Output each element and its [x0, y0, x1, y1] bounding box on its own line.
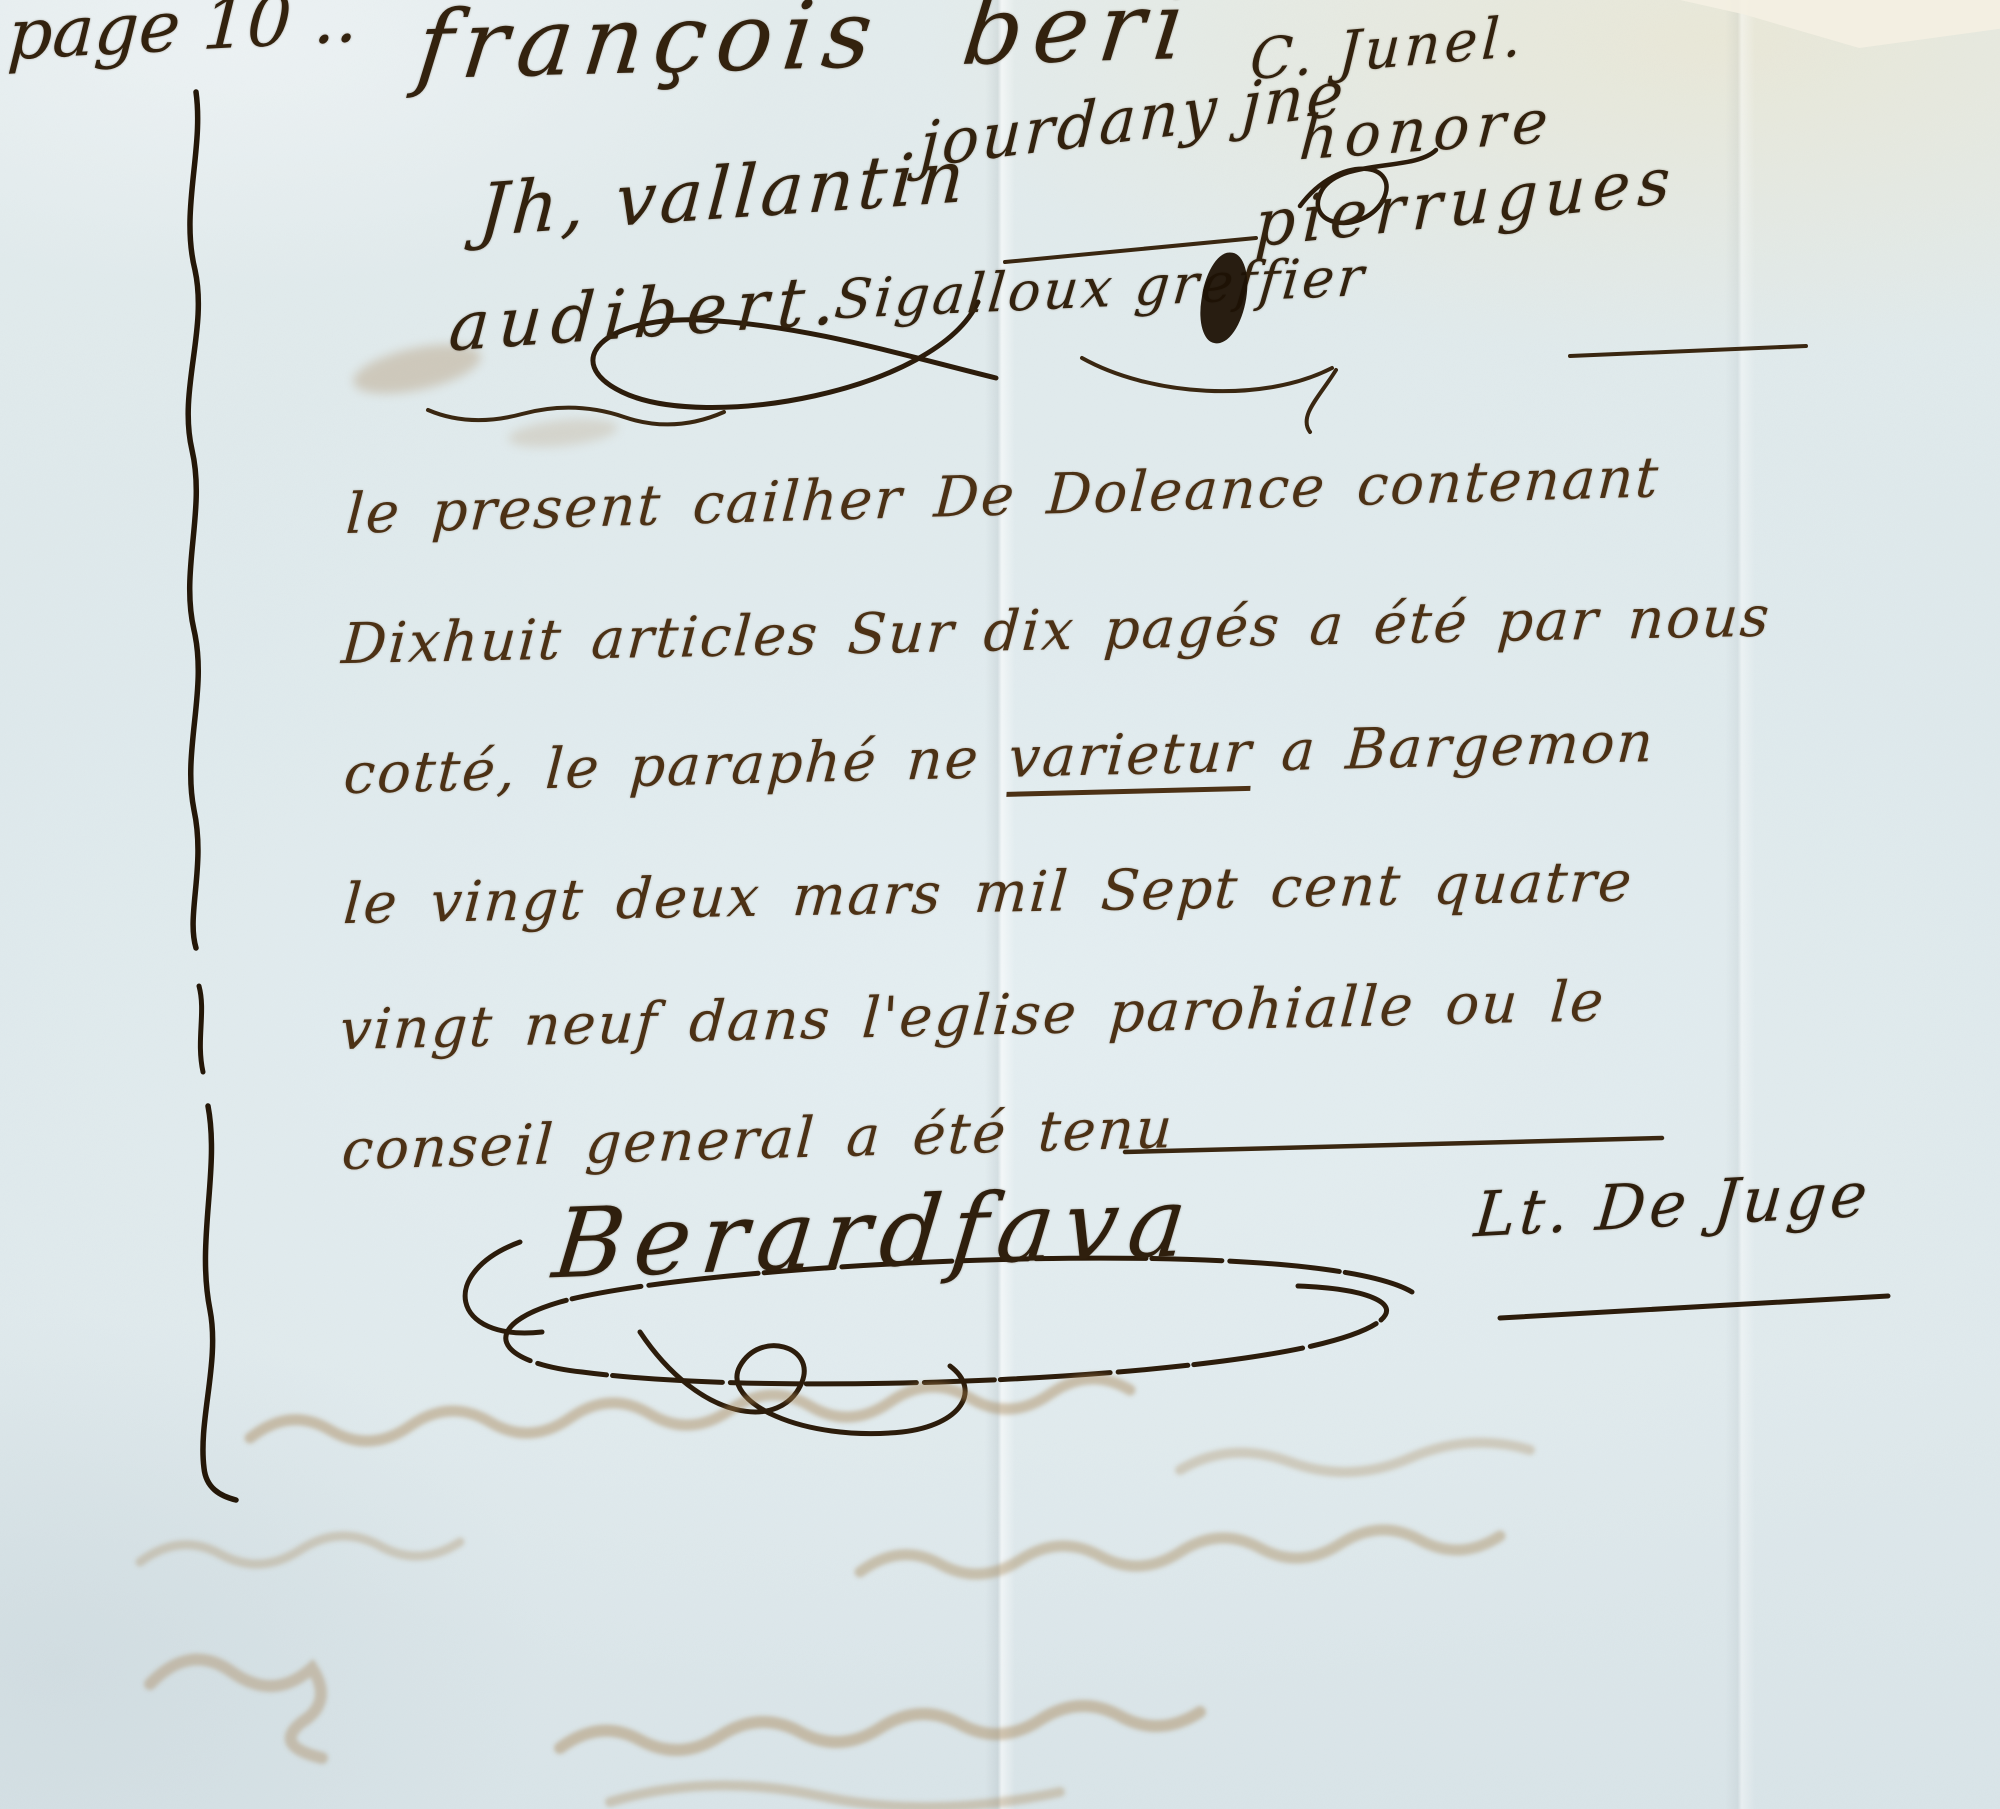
signature-sigalloux: Sigalloux greffier [832, 245, 1369, 332]
paper-crease [1725, 0, 1755, 1809]
body-line-2: Dixhuit articles Sur dix pagés a été par… [340, 585, 1774, 678]
underlined-word-varietur: varietur [1006, 720, 1255, 797]
bleedthrough-ink [140, 1379, 1530, 1807]
ink-smudge [507, 414, 619, 451]
signature-vallantin: Jh, vallantin [476, 134, 971, 253]
title-lt-de-juge: Lt. De Juge [1472, 1157, 1875, 1251]
margin-line [199, 986, 203, 1072]
body-line-3: cotté, le paraphé ne varietur a Bargemon [342, 710, 1657, 807]
body-line-3-post: a Bargemon [1251, 710, 1657, 785]
manuscript-page: page 10 .. françois beri C. Junel. Jh, v… [0, 0, 2000, 1809]
margin-line [203, 1106, 236, 1500]
signature-berardfava: Berardfava [548, 1166, 1201, 1301]
line6-rule [1125, 1138, 1662, 1152]
title-underline [1500, 1296, 1888, 1318]
torn-corner [1680, 0, 2000, 48]
signature-audibert: audibert. [446, 260, 846, 367]
body-line-1: le present cailher De Doleance contenant [344, 445, 1662, 547]
sigalloux-rule [1570, 346, 1806, 356]
body-line-3-pre: cotté, le paraphé ne [342, 726, 1011, 807]
signature-francois-beri: françois beri [412, 0, 1201, 101]
body-line-5: vingt neuf dans l'eglise parohialle ou l… [338, 969, 1608, 1063]
page-number: page 10 .. [6, 0, 361, 76]
body-line-4: le vingt deux mars mil Sept cent quatre [341, 849, 1635, 937]
margin-line [188, 92, 198, 948]
audibert-underline [428, 408, 724, 425]
sigalloux-flourish [1082, 358, 1336, 432]
